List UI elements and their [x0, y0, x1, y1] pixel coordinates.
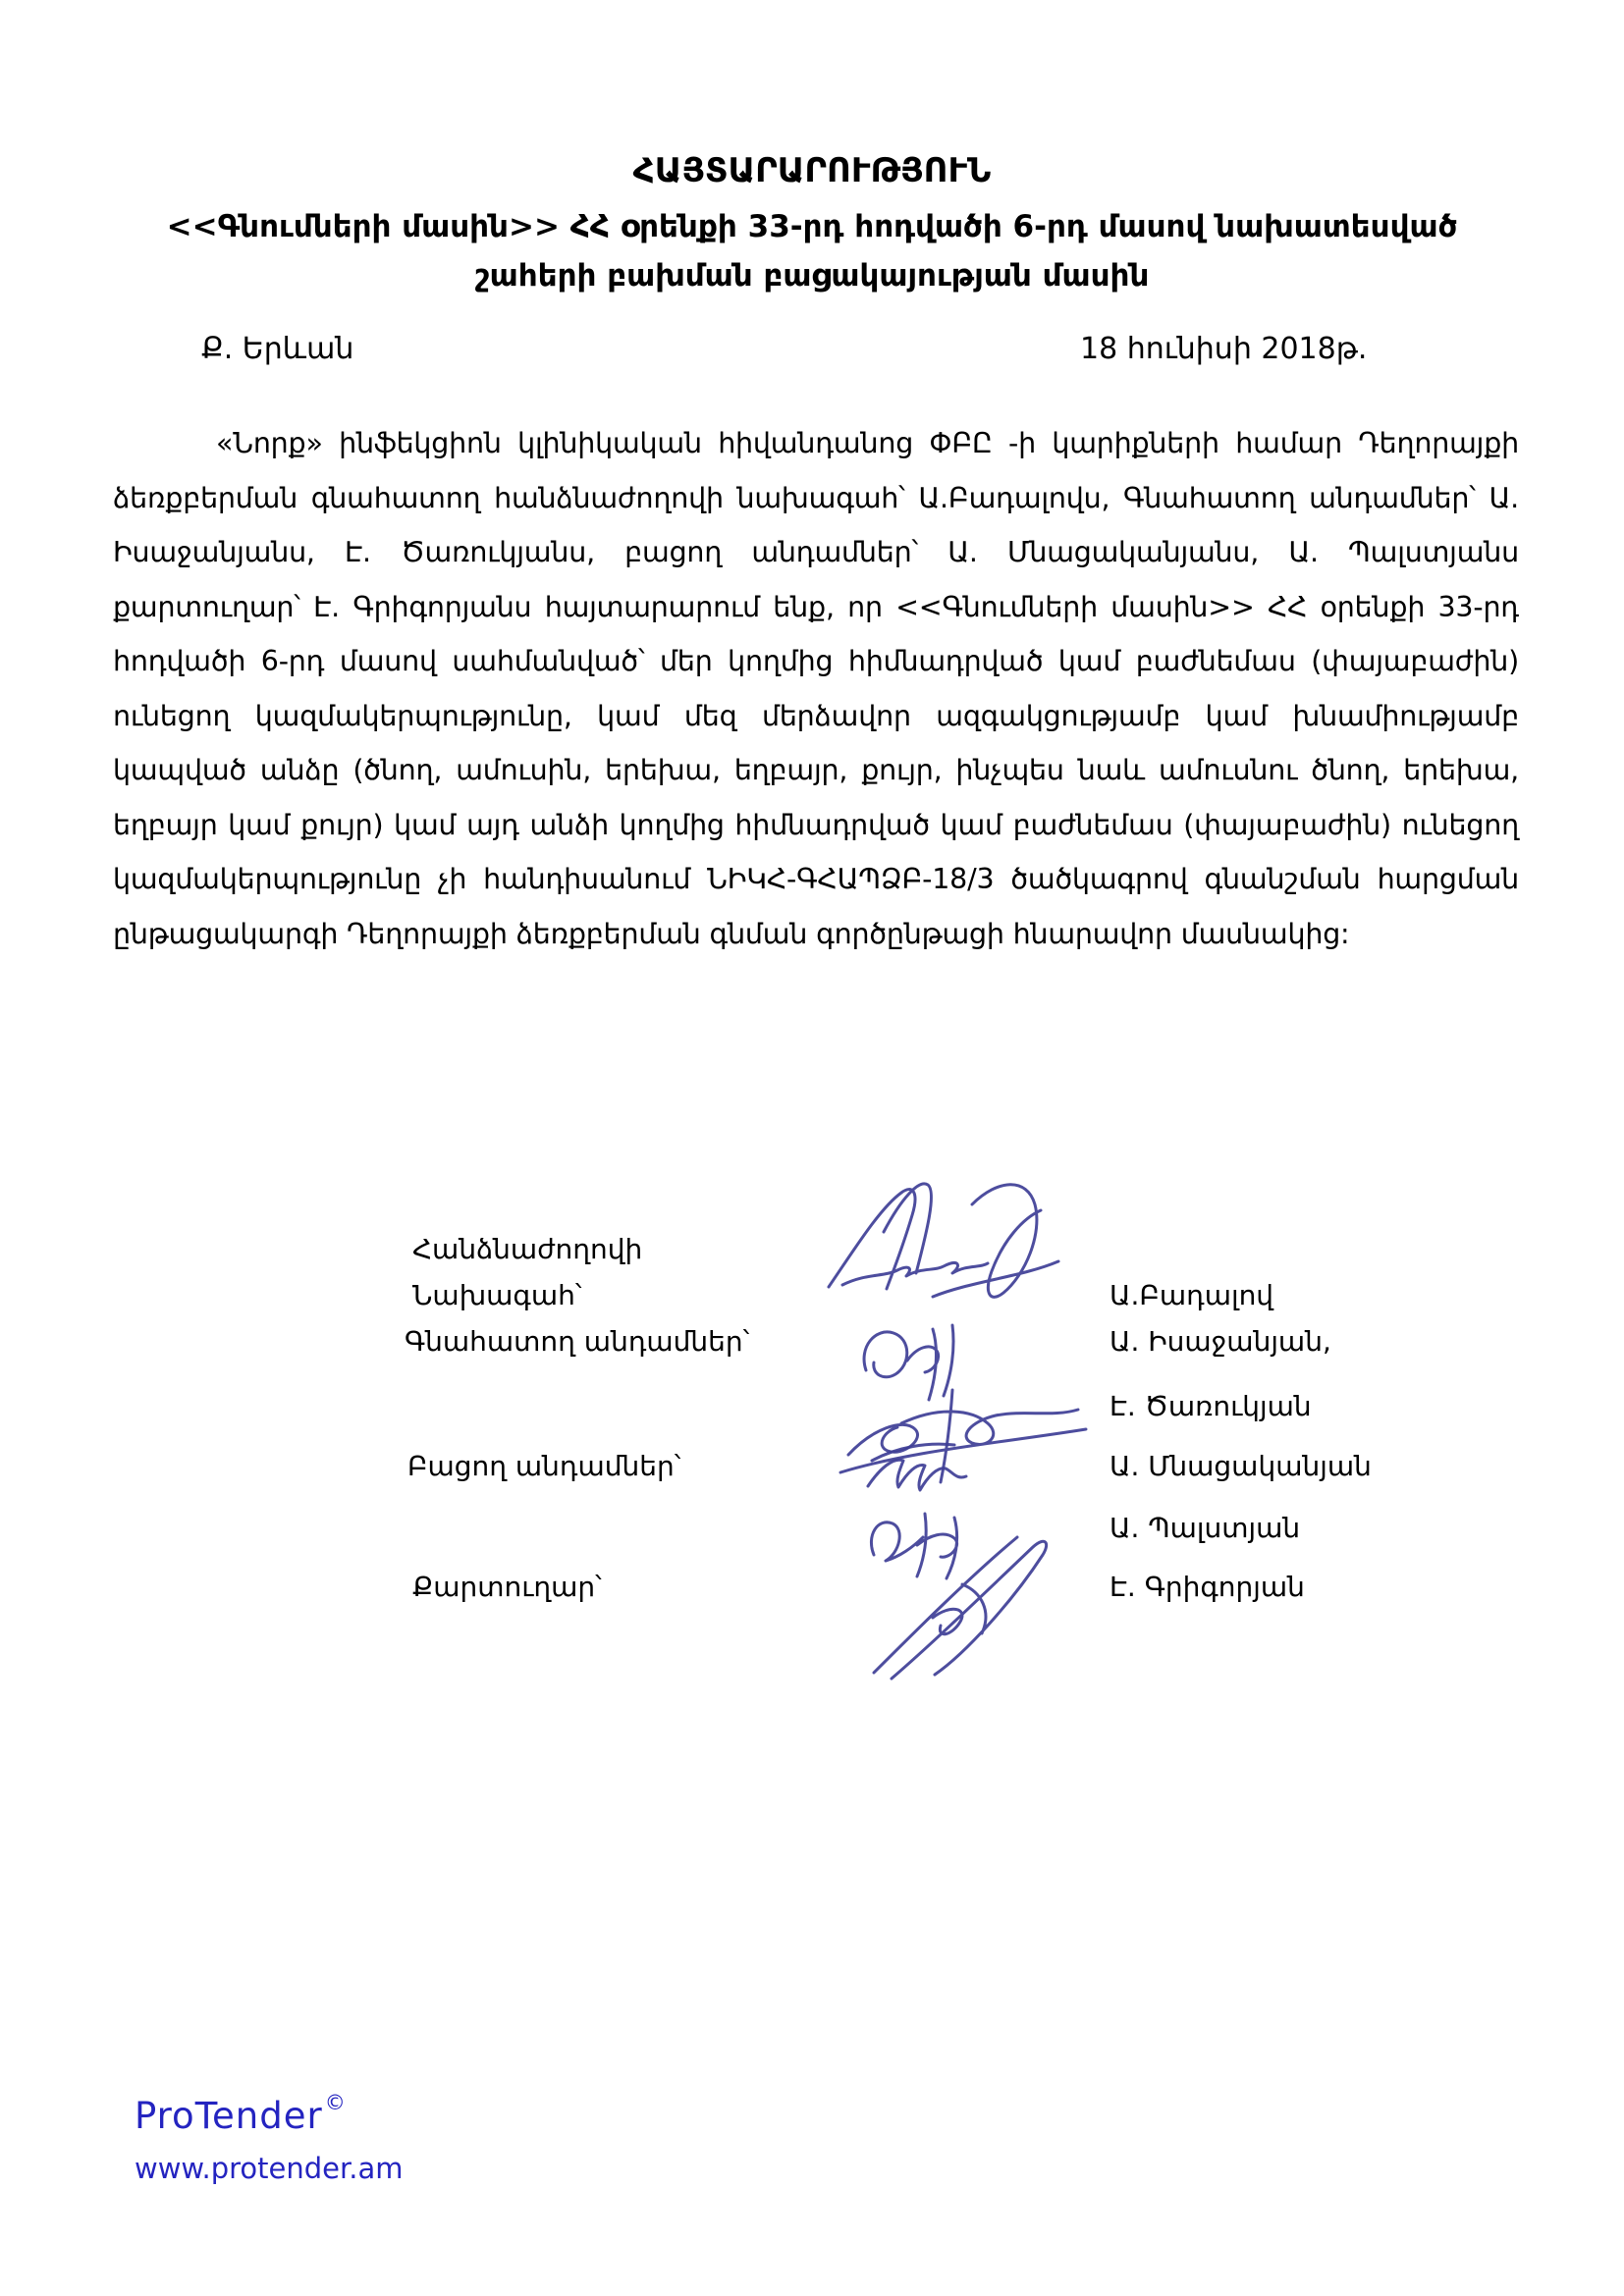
document-subtitle: <<Գնումների մասին>> ՀՀ օրենքի 33-րդ հոդվ… [125, 202, 1499, 300]
secretary-label: Քարտուղար՝ [412, 1571, 602, 1603]
name-grigoryan: Է. Գրիգորյան [1110, 1571, 1305, 1603]
document-page: ՀԱՅՏԱՐԱՐՈՒԹՅՈՒՆ <<Գնումների մասին>> ՀՀ օ… [0, 0, 1624, 2296]
document-header: ՀԱՅՏԱՐԱՐՈՒԹՅՈՒՆ <<Գնումների մասին>> ՀՀ օ… [98, 149, 1526, 300]
body-paragraph: «Նորք» ինֆեկցիոն կլինիկական հիվանդանոց Փ… [113, 416, 1519, 961]
name-mnatsakanyan: Ա. Մնացականյան [1110, 1450, 1372, 1482]
name-badalov: Ա.Բադալով [1110, 1279, 1273, 1311]
place-line: Ք. Երևան [201, 332, 353, 366]
name-isajanyan: Ա. Իսաջանյան, [1110, 1325, 1331, 1358]
brand-text: ProTender [135, 2095, 323, 2137]
opening-members-label: Բացող անդամներ՝ [407, 1450, 680, 1482]
evaluating-members-label: Գնահատող անդամներ՝ [405, 1325, 749, 1358]
name-tsarukyan: Է. Ծառուկյան [1110, 1390, 1312, 1422]
name-palstyan: Ա. Պալստյան [1110, 1512, 1300, 1544]
copyright-symbol: © [325, 2091, 347, 2114]
signature-mnatsakanyan-icon [856, 1425, 984, 1509]
date-line: 18 հունիսի 2018թ. [1080, 332, 1367, 366]
signature-badalov-icon [815, 1171, 1090, 1318]
protender-url: www.protender.am [135, 2152, 404, 2185]
document-title: ՀԱՅՏԱՐԱՐՈՒԹՅՈՒՆ [98, 149, 1526, 192]
protender-logo: ProTender© [135, 2095, 345, 2137]
chairman-label: Նախագահ՝ [412, 1279, 582, 1311]
signature-grigoryan-icon [852, 1523, 1078, 1685]
committee-label: Հանձնաժողովի [412, 1233, 642, 1265]
